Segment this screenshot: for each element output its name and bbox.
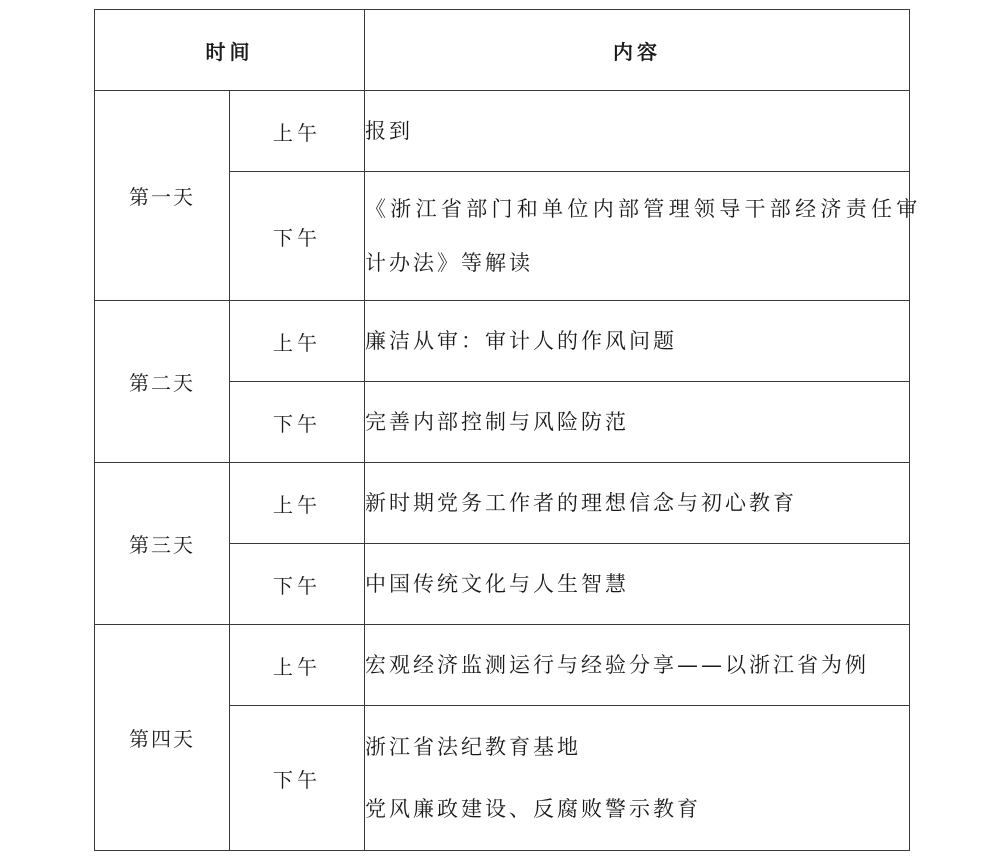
schedule-table: 时间 内容 第一天 上午 报到 下午 《浙江省部门和单位内部管理领导干部经济责任… <box>94 9 910 851</box>
session-content: 浙江省法纪教育基地 党风廉政建设、反腐败警示教育 <box>365 706 910 851</box>
content-line: 新时期党务工作者的理想信念与初心教育 <box>365 476 909 530</box>
content-line: 廉洁从审：审计人的作风问题 <box>365 314 909 368</box>
header-time: 时间 <box>95 10 365 91</box>
content-line: 完善内部控制与风险防范 <box>365 395 909 449</box>
session-content: 完善内部控制与风险防范 <box>365 382 910 463</box>
day-label: 第一天 <box>95 91 230 301</box>
session-content: 宏观经济监测运行与经验分享——以浙江省为例 <box>365 625 910 706</box>
period-label: 上午 <box>230 91 365 172</box>
period-label: 下午 <box>230 544 365 625</box>
session-content: 报到 <box>365 91 910 172</box>
header-content: 内容 <box>365 10 910 91</box>
session-content: 《浙江省部门和单位内部管理领导干部经济责任审 计办法》等解读 <box>365 172 910 301</box>
period-label: 上午 <box>230 625 365 706</box>
period-label: 上午 <box>230 301 365 382</box>
period-label: 下午 <box>230 706 365 851</box>
header-row: 时间 内容 <box>95 10 910 91</box>
content-line: 《浙江省部门和单位内部管理领导干部经济责任审 <box>365 182 909 236</box>
content-line: 宏观经济监测运行与经验分享——以浙江省为例 <box>365 638 909 692</box>
session-content: 新时期党务工作者的理想信念与初心教育 <box>365 463 910 544</box>
content-line: 浙江省法纪教育基地 <box>365 716 909 778</box>
table-row: 第二天 上午 廉洁从审：审计人的作风问题 <box>95 301 910 382</box>
content-line: 计办法》等解读 <box>365 236 909 290</box>
content-line: 报到 <box>365 104 909 158</box>
period-label: 下午 <box>230 382 365 463</box>
day-label: 第四天 <box>95 625 230 851</box>
content-line: 中国传统文化与人生智慧 <box>365 557 909 611</box>
day-label: 第三天 <box>95 463 230 625</box>
period-label: 下午 <box>230 172 365 301</box>
content-line: 党风廉政建设、反腐败警示教育 <box>365 778 909 840</box>
table-row: 第三天 上午 新时期党务工作者的理想信念与初心教育 <box>95 463 910 544</box>
session-content: 廉洁从审：审计人的作风问题 <box>365 301 910 382</box>
day-label: 第二天 <box>95 301 230 463</box>
table-row: 第四天 上午 宏观经济监测运行与经验分享——以浙江省为例 <box>95 625 910 706</box>
period-label: 上午 <box>230 463 365 544</box>
session-content: 中国传统文化与人生智慧 <box>365 544 910 625</box>
table-row: 第一天 上午 报到 <box>95 91 910 172</box>
